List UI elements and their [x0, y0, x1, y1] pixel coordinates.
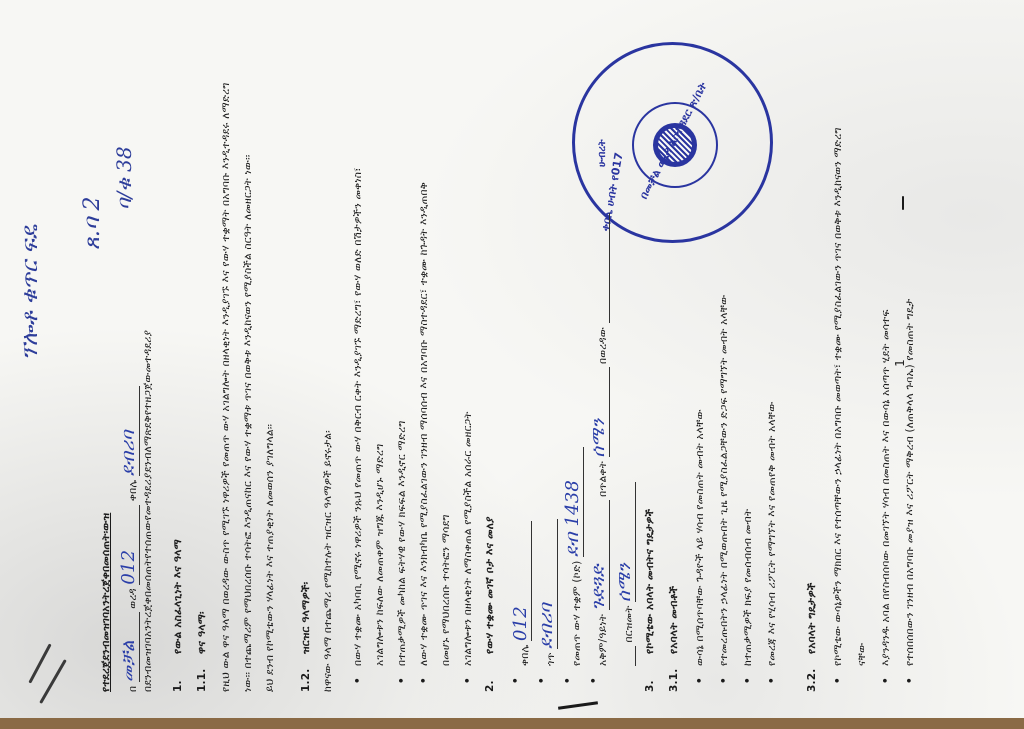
paragraph: ይህ ደንብ የኮሚቴውን ሃላፊነት እና ተጠያቂነት ለመወሰን ያገለግ… [264, 424, 277, 692]
document-title: የተደረጀደንብመዝገባአንትረጀቀበመሰጠት፡ውዝ [100, 513, 113, 692]
field-got: ጎጥ ደብሪባ [536, 519, 558, 666]
section-3-heading: 3.የኮሚቴው አባላት መብትና ግዴታዎች [644, 509, 657, 692]
list-item: ከተጠቃሚዎች ክፍያ የመሰብሰብ መብት [742, 509, 755, 666]
blank-line [635, 646, 636, 666]
paragraph: የዚህ ውል ዋና ዓላማ በወረዳው ውስጥ የሚገኙ ነዋሪዎች የመጠጥ … [220, 82, 233, 692]
list-item: እያንዳንዱ አባል በየስብሰባው በመገኘት ሃሳብ በመስጠት እና በው… [880, 309, 893, 666]
margin-note: ፕሎቶ ቁጥር ፍዴ [18, 130, 78, 360]
document-page: የተደረጀደንብመዝገባአንትረጀቀበመሰጠት፡ውዝ በ መቻል ወረዳ 012… [70, 22, 1024, 722]
list-item: ለውሃ ተቋሙ ጥገና እና እንክብካቤ የሚያስፈልገውን ገንዘብ ማሰባ… [418, 182, 431, 666]
intro-kebele-field: 012 [118, 505, 140, 585]
list-item: በውሃ ተቋሙ አካባቢ የሚኖሩ ነዋሪዎች ንጹህ የመጠጥ ውሃ በቅርብ… [352, 167, 365, 666]
list-item: የመረጃ እና የሂሳብ ሪፖርት የማግኘት እና የመጠየቅ መብት አላቸ… [766, 402, 779, 666]
list-item: አገልግሎቱን በዘላቂነት ለማስቀጠል የሚያስችል አሰራር መዘርጋት [462, 411, 475, 666]
field-length-value: ሰሜን [614, 482, 636, 602]
field-capacity-value-2: ሰሜን [588, 368, 610, 458]
field-facility-code: የመጠጥ ውሃ ተቋም (ኮድ) ደብ 1438 [562, 447, 584, 666]
paragraph: ከዋናው ዓላማ በተጨማሪ የሚከተሉት ዝርዝር ዓላማዎች ይኖሩታል፡ [322, 430, 335, 692]
intro-sign-field: ደብሪባ [118, 386, 140, 476]
list-item-continued: አገልግሎቱን ከፍለው ለመጠቀም ዝግጁ እንዲሆኑ ማድረግ [374, 444, 387, 666]
section-1-heading: 1.የውል አስፈላጊነት እና ዓላማ [172, 539, 185, 692]
field-capacity-value: ጉድጓድ [588, 500, 610, 610]
staple-mark [28, 643, 51, 683]
section-3-1-heading: 3.1.የአባላት መብቶች [668, 586, 681, 692]
list-item: ውሳኔ በሚሰጥባቸው ጉዳዮች ላይ ሃሳብ የመስጠት መብት አላቸው [694, 409, 707, 666]
section-1-2-heading: 1.2.ዝርዝር ዓላማዎች፡ [300, 582, 313, 692]
field-got-value: ደብሪባ [536, 519, 558, 649]
blank-line [609, 213, 610, 323]
field-kebele-value: 012 [510, 521, 532, 641]
intro-line-2: በደንብመዝገባአንትረጀቀበመሰጠትየተሰጠውየመተዳደሪያደንብለማጽደቅየ… [142, 330, 155, 692]
list-item-continued: ናቸው [856, 643, 869, 666]
field-kebele: ቀበሌ 012 [510, 521, 532, 666]
list-item: የኮሚቴው ውሳኔዎችን ማክበር እና የተሰጣቸውን ኃላፊነት በአግባቡ… [832, 127, 845, 666]
list-item: የተሰበሰበውን ገንዘብ በአግባቡ መያዝ እና ሪፖርት ማቅረብ (ለጠ… [904, 299, 917, 666]
scanned-document: 1 ፕሎቶ ቁጥር ፍዴ ጸ.ባ 2 ባ/ቁ 38 በመቻል ወረዳ አስተዳደ… [0, 0, 1024, 718]
staple-mark [39, 659, 67, 704]
field-facility-code-value: ደብ 1438 [562, 447, 584, 557]
intro-line-1: በ መቻል ወረዳ 012 ቀበሌ ደብሪባ [118, 386, 140, 692]
list-item: የተመረጡበትን ኃላፊነት በሚወጡበት ጊዜ የሚያስፈልጋቸውን ድጋፍ … [718, 295, 731, 666]
field-length: በርዝመት ሰሜን [614, 482, 636, 666]
intro-name-field: መቻል [118, 612, 140, 682]
list-item: በተጠቃሚዎች መካከል ፍትሃዊ የውሃ ክፍፍል እንዲኖር ማድረግ [396, 420, 409, 666]
section-2-heading: 2.የውሃ ተቋሙ መገኛ ቦታ እና መለያ [484, 516, 497, 692]
list-item-continued: በመሆኑ የማህበረሰቡ ተሳትፎን ማሳደግ [440, 514, 453, 666]
section-3-2-heading: 3.2.የአባላት ግዴታዎች [806, 583, 819, 692]
field-capacity: አቅም/ዓይነት ጉድጓድ በጥልቀት ሰሜን በወረዳው [588, 213, 610, 666]
section-1-1-heading: 1.1.ዋና ዓላማ፡ [196, 611, 209, 692]
paragraph: ነው፡፡ በተጨማሪም የማህበረሰቡ ተሳትፎ እንዲጠናከር እና የውሃ … [242, 155, 255, 692]
margin-note-line-1: ፕሎቶ ቁጥር ፍዴ [18, 130, 43, 360]
